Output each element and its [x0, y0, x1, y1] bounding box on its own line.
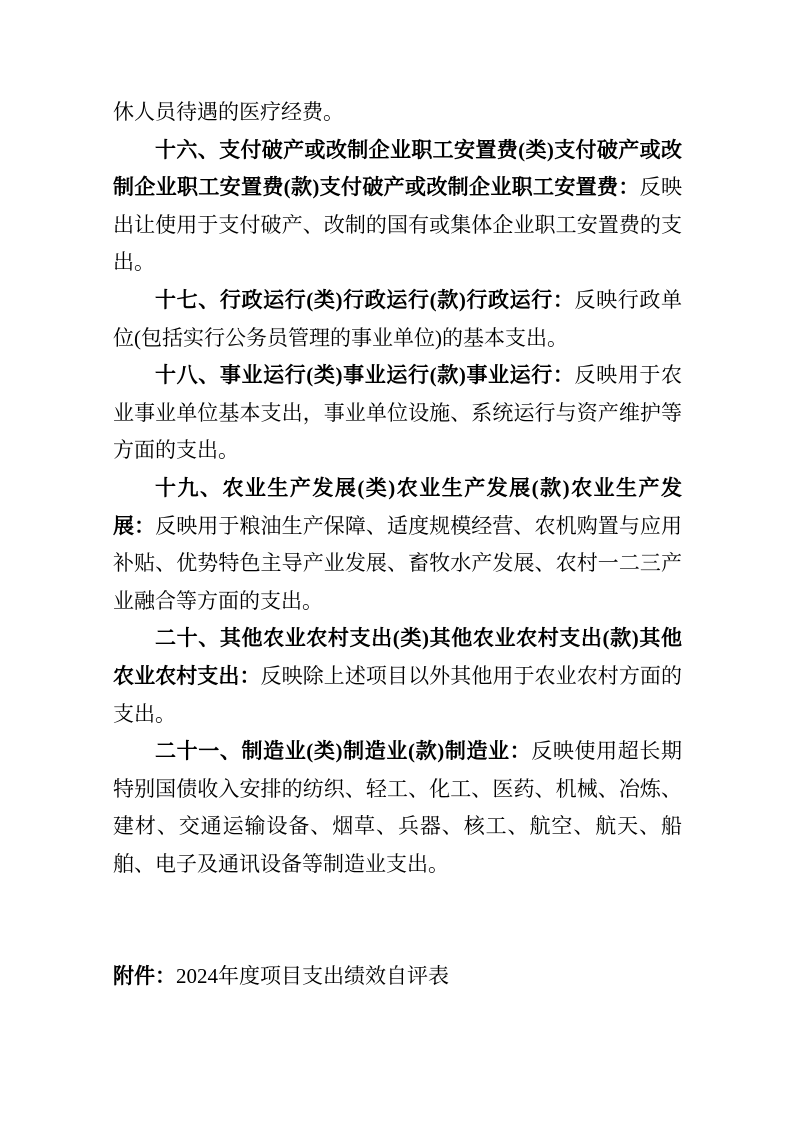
paragraph-18-heading: 十八、事业运行(类)事业运行(款)事业运行： — [155, 363, 575, 387]
paragraph-continuation: 休人员待遇的医疗经费。 — [113, 94, 682, 132]
paragraph-21: 二十一、制造业(类)制造业(款)制造业：反映使用超长期特别国债收入安排的纺织、轻… — [113, 733, 682, 883]
paragraph-20: 二十、其他农业农村支出(类)其他农业农村支出(款)其他农业农村支出：反映除上述项… — [113, 620, 682, 733]
paragraph-19-body: 反映用于粮油生产保障、适度规模经营、农机购置与应用补贴、优势特色主导产业发展、畜… — [113, 514, 682, 613]
paragraph-16-heading: 十六、支付破产或改制企业职工安置费(类)支付破产或改制企业职工安置费(款)支付破… — [113, 138, 682, 200]
attachment-label: 附件： — [113, 964, 176, 988]
paragraph-16: 十六、支付破产或改制企业职工安置费(类)支付破产或改制企业职工安置费(款)支付破… — [113, 132, 682, 282]
document-page: 休人员待遇的医疗经费。 十六、支付破产或改制企业职工安置费(类)支付破产或改制企… — [0, 0, 794, 1122]
paragraph-18: 十八、事业运行(类)事业运行(款)事业运行：反映用于农业事业单位基本支出，事业单… — [113, 357, 682, 470]
paragraph-17: 十七、行政运行(类)行政运行(款)行政运行：反映行政单位(包括实行公务员管理的事… — [113, 282, 682, 357]
attachment-line: 附件：2024年度项目支出绩效自评表 — [113, 958, 682, 996]
attachment-text: 2024年度项目支出绩效自评表 — [176, 964, 449, 988]
continuation-text: 休人员待遇的医疗经费。 — [113, 100, 344, 124]
paragraph-21-heading: 二十一、制造业(类)制造业(款)制造业： — [155, 739, 531, 763]
paragraph-17-heading: 十七、行政运行(类)行政运行(款)行政运行： — [155, 288, 575, 312]
paragraph-19: 十九、农业生产发展(类)农业生产发展(款)农业生产发展：反映用于粮油生产保障、适… — [113, 470, 682, 620]
